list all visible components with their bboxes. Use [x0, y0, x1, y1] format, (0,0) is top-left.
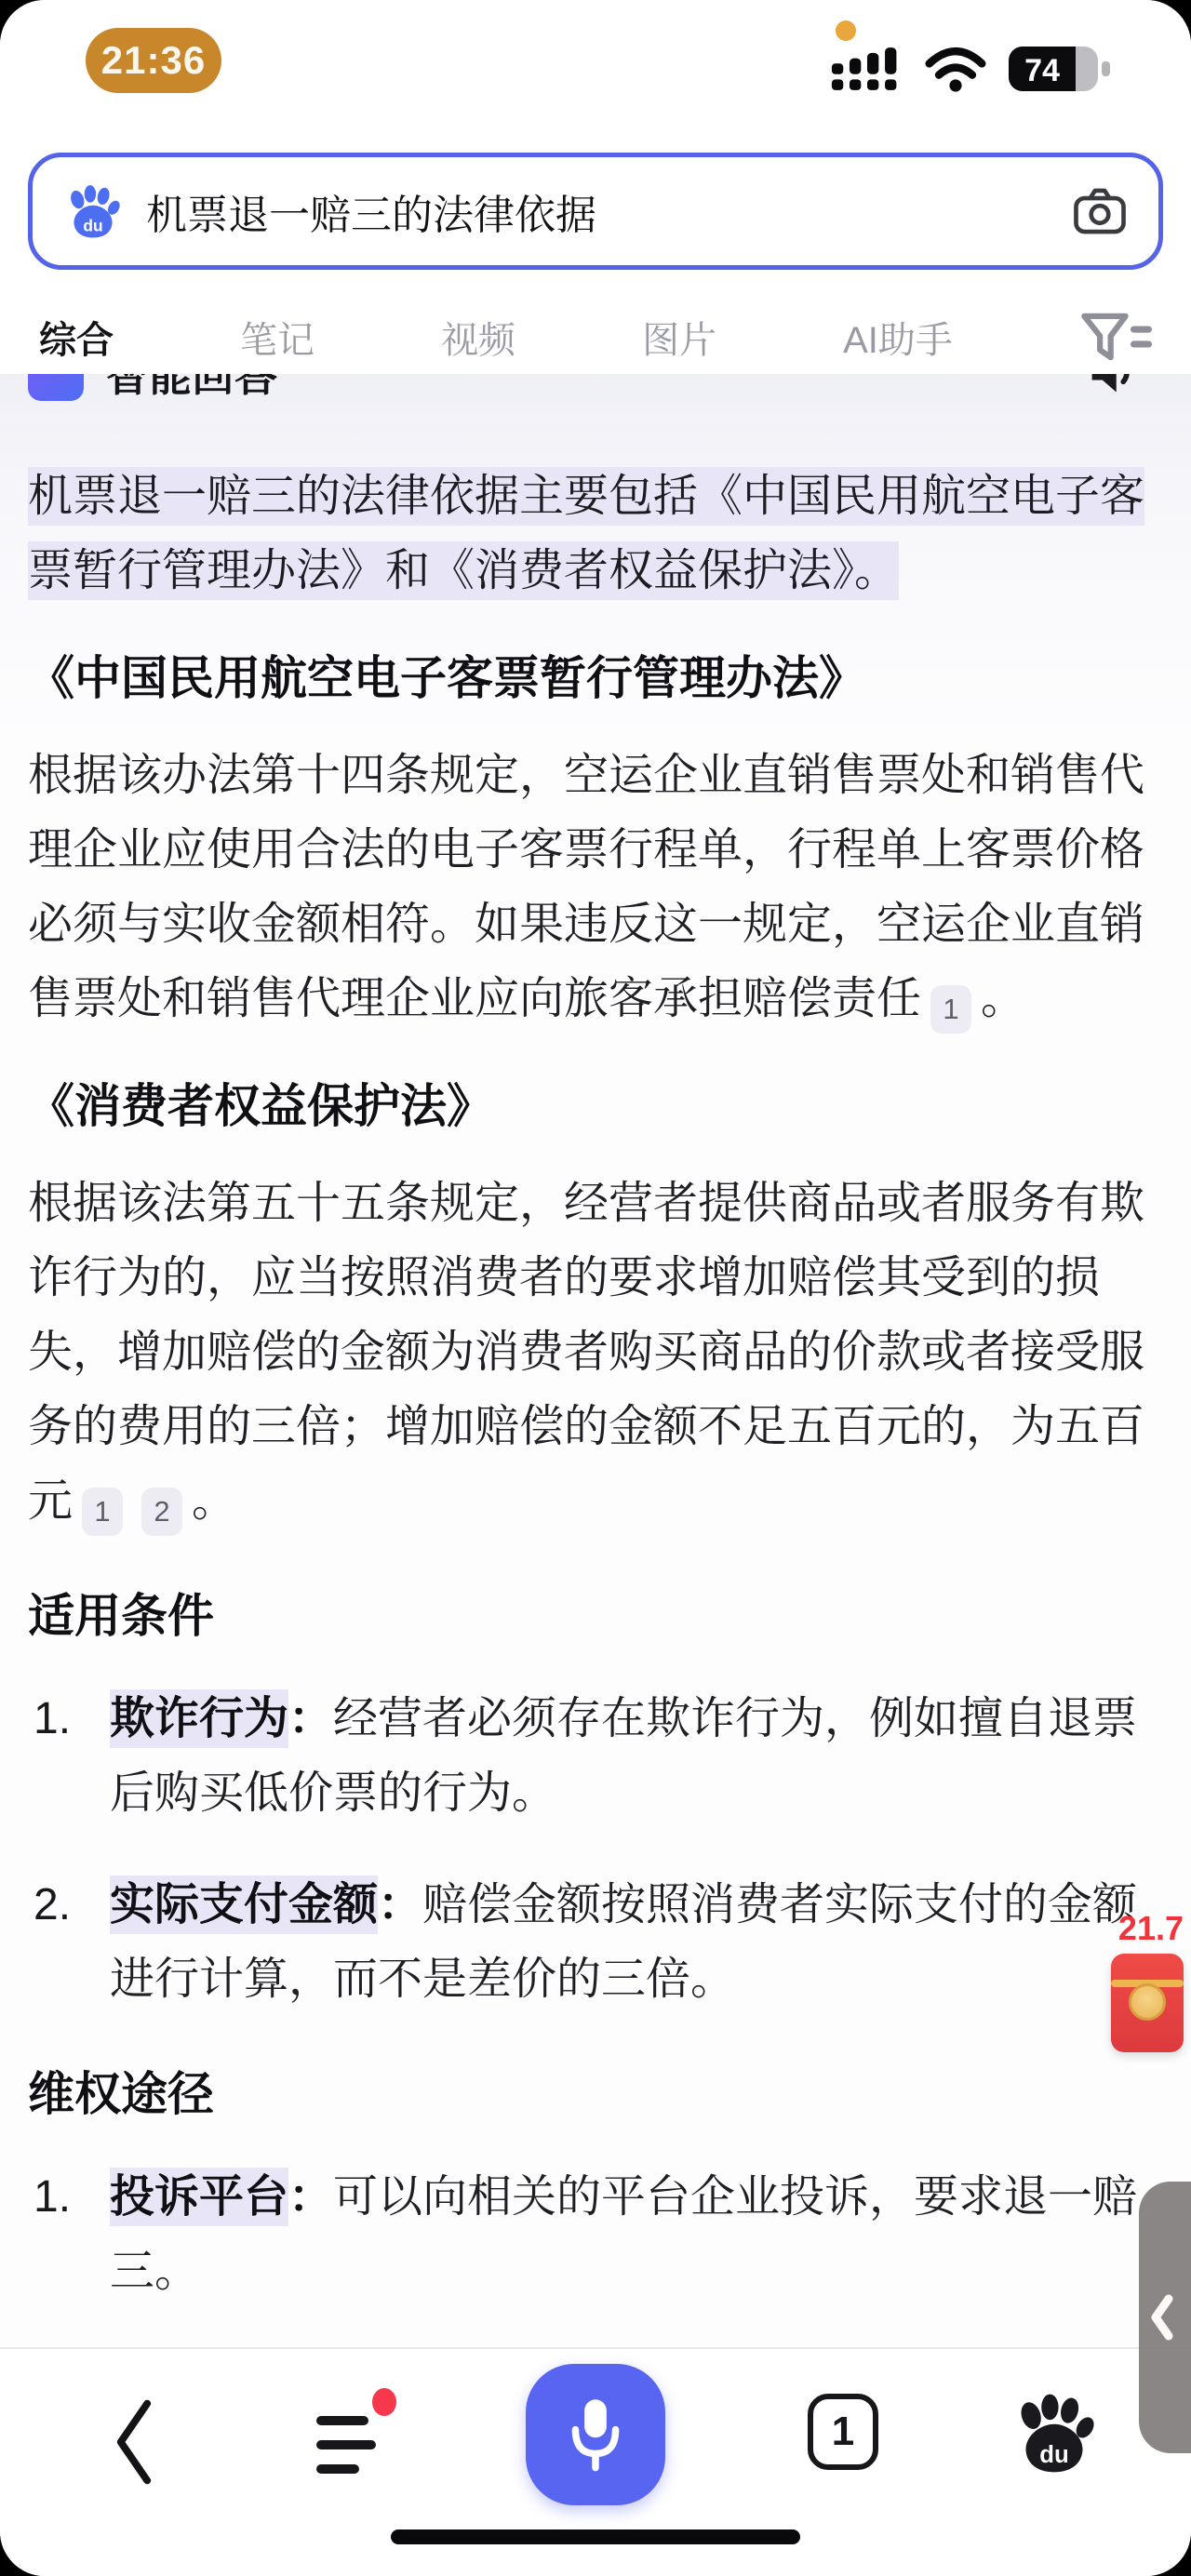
- red-packet-widget[interactable]: [1111, 1954, 1184, 2052]
- tab-notes[interactable]: 笔记: [240, 311, 314, 364]
- baidu-logo-icon: du: [64, 182, 122, 240]
- answer-summary: 机票退一赔三的法律依据主要包括《中国民用航空电子客票暂行管理办法》和《消费者权益…: [28, 460, 1163, 608]
- tab-comprehensive[interactable]: 综合: [39, 311, 114, 364]
- remedies-list: 1.投诉平台：可以向相关的平台企业投诉，要求退一赔三。: [28, 2160, 1163, 2309]
- list-item: 2.实际支付金额：赔偿金额按照消费者实际支付的金额进行计算，而不是差价的三倍。: [28, 1868, 1163, 2017]
- battery-percent: 74: [1024, 53, 1060, 88]
- section-heading-conditions: 适用条件: [28, 1587, 1163, 1645]
- bottom-toolbar: 1 du: [0, 2347, 1191, 2576]
- ai-answer-header-clipped: 智能回答: [28, 374, 1163, 417]
- search-input[interactable]: 机票退一赔三的法律依据: [146, 181, 1073, 241]
- status-bar: 21:36: [0, 0, 1191, 112]
- edge-swipe-back-handle[interactable]: [1139, 2182, 1191, 2453]
- baidu-home-paw-icon[interactable]: du: [1010, 2390, 1098, 2476]
- ai-answer-icon: [28, 374, 84, 401]
- status-time: 21:36: [86, 28, 221, 93]
- baidu-logo-du-text: du: [83, 217, 102, 235]
- menu-button[interactable]: [313, 2403, 387, 2481]
- home-indicator[interactable]: [391, 2529, 800, 2544]
- microphone-icon: [565, 2396, 626, 2474]
- section-body-law-1: 根据该办法第十四条规定，空运企业直销售票处和销售代理企业应使用合法的电子客票行程…: [28, 739, 1163, 1036]
- read-aloud-speaker-icon[interactable]: [1087, 374, 1139, 399]
- notification-dot: [372, 2388, 396, 2416]
- result-tabs: 综合 笔记 视频 图片 AI助手: [0, 300, 1191, 374]
- citation-badge[interactable]: 1: [930, 985, 971, 1034]
- tab-ai-assistant[interactable]: AI助手: [843, 311, 953, 364]
- cellular-signal-icon: [830, 45, 904, 93]
- voice-search-button[interactable]: [526, 2364, 665, 2505]
- ai-answer-title: 智能回答: [106, 374, 277, 404]
- chevron-left-icon: [1148, 2291, 1174, 2343]
- tab-counter-button[interactable]: 1: [808, 2394, 878, 2470]
- section-heading-law-2: 《消费者权益保护法》: [28, 1077, 1163, 1135]
- phone-screen: 21:36: [0, 0, 1191, 2576]
- red-packet-coin-icon: [1129, 1983, 1166, 2021]
- search-box[interactable]: du 机票退一赔三的法律依据: [28, 153, 1163, 270]
- tab-video[interactable]: 视频: [441, 311, 515, 364]
- citation-badge[interactable]: 1: [82, 1488, 123, 1536]
- filter-icon[interactable]: [1079, 310, 1152, 364]
- list-menu-icon: [313, 2403, 387, 2481]
- section-heading-law-1: 《中国民用航空电子客票暂行管理办法》: [28, 649, 1163, 707]
- section-body-law-2: 根据该法第五十五条规定，经营者提供商品或者服务有欺诈行为的，应当按照消费者的要求…: [28, 1167, 1163, 1539]
- baidu-logo-du-text: du: [1039, 2442, 1068, 2468]
- back-button[interactable]: [114, 2397, 154, 2487]
- privacy-indicator-dot: [836, 20, 856, 41]
- tab-images[interactable]: 图片: [642, 311, 716, 364]
- camera-search-icon[interactable]: [1073, 187, 1127, 235]
- red-packet-countdown: 21.7: [1118, 1909, 1184, 1948]
- wifi-icon: [925, 45, 986, 93]
- list-item: 1.欺诈行为：经营者必须存在欺诈行为，例如擅自退票后购买低价票的行为。: [28, 1682, 1163, 1831]
- list-item: 1.投诉平台：可以向相关的平台企业投诉，要求退一赔三。: [28, 2160, 1163, 2309]
- citation-badge[interactable]: 2: [141, 1488, 182, 1536]
- conditions-list: 1.欺诈行为：经营者必须存在欺诈行为，例如擅自退票后购买低价票的行为。 2.实际…: [28, 1682, 1163, 2017]
- ai-answer-card: 智能回答 机票退一赔三的法律依据主要包括《中国民用航空电子客票暂行管理办法》和《…: [0, 374, 1191, 2347]
- section-heading-remedies: 维权途径: [28, 2065, 1163, 2123]
- battery-icon: 74: [1007, 43, 1113, 95]
